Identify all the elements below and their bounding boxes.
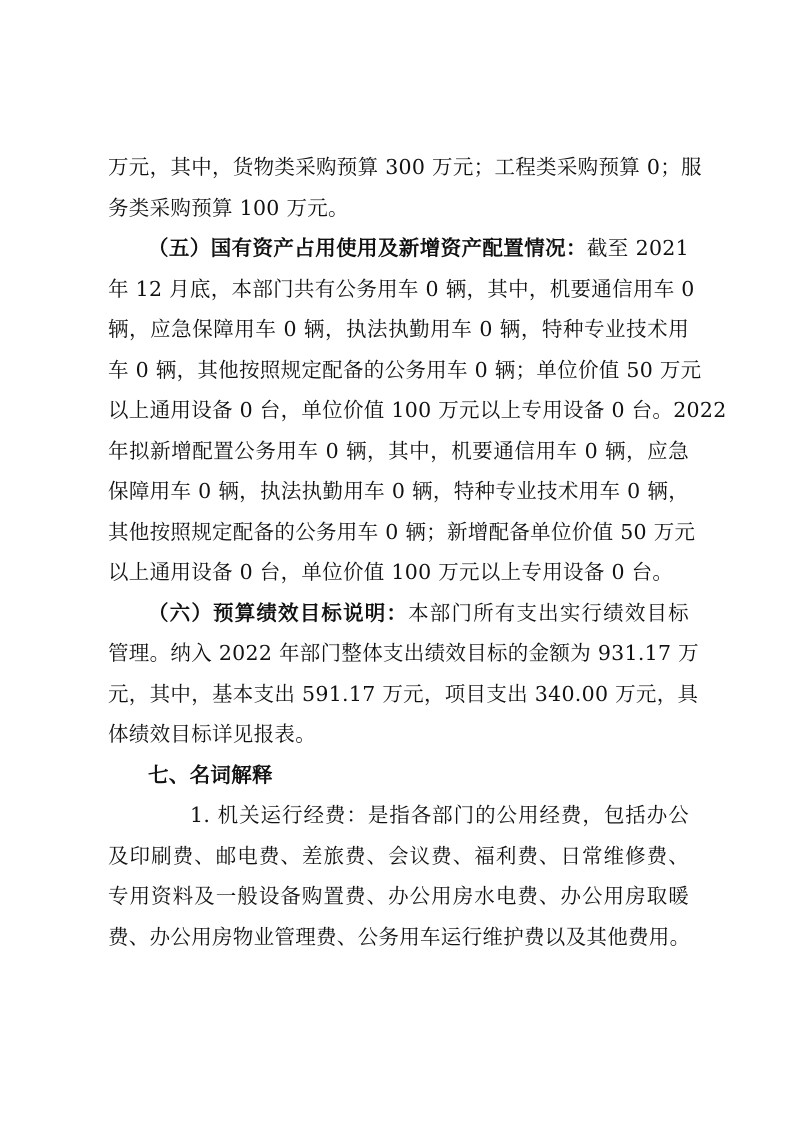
section-6-text: 本部门所有支出实行绩效目标 <box>408 601 689 625</box>
paragraph-line: 专用资料及一般设备购置费、办公用房水电费、办公用房取暖 <box>108 876 689 917</box>
paragraph-line: 保障用车 0 辆，执法执勤用车 0 辆，特种专业技术用车 0 辆， <box>108 471 689 512</box>
paragraph-line: 务类采购预算 100 万元。 <box>108 188 689 229</box>
paragraph-line: 管理。纳入 2022 年部门整体支出绩效目标的金额为 931.17 万 <box>108 633 689 674</box>
paragraph-line: 年 12 月底，本部门共有公务用车 0 辆，其中，机要通信用车 0 <box>108 269 689 310</box>
section-6-first-line: （六）预算绩效目标说明：本部门所有支出实行绩效目标 <box>108 593 689 634</box>
paragraph-line: 以上通用设备 0 台，单位价值 100 万元以上专用设备 0 台。 <box>108 552 689 593</box>
paragraph-line: 体绩效目标详见报表。 <box>108 714 689 755</box>
paragraph-line: 其他按照规定配备的公务用车 0 辆；新增配备单位价值 50 万元 <box>108 512 689 553</box>
section-5-title: （五）国有资产占用使用及新增资产配置情况： <box>148 236 587 260</box>
paragraph-line: 辆，应急保障用车 0 辆，执法执勤用车 0 辆，特种专业技术用 <box>108 309 689 350</box>
section-6-title: （六）预算绩效目标说明： <box>148 601 408 625</box>
section-7-heading: 七、名词解释 <box>108 755 689 796</box>
item-1-first-line: 1. 机关运行经费：是指各部门的公用经费，包括办公 <box>108 795 689 836</box>
paragraph-line: 以上通用设备 0 台，单位价值 100 万元以上专用设备 0 台。2022 <box>108 390 689 431</box>
paragraph-line: 万元，其中，货物类采购预算 300 万元；工程类采购预算 0；服 <box>108 147 689 188</box>
document-page: 万元，其中，货物类采购预算 300 万元；工程类采购预算 0；服 务类采购预算 … <box>108 147 689 957</box>
paragraph-line: 元，其中，基本支出 591.17 万元，项目支出 340.00 万元，具 <box>108 674 689 715</box>
paragraph-line: 车 0 辆，其他按照规定配备的公务用车 0 辆；单位价值 50 万元 <box>108 350 689 391</box>
section-5-first-line: （五）国有资产占用使用及新增资产配置情况：截至 2021 <box>108 228 689 269</box>
section-5-text: 截至 2021 <box>587 236 689 260</box>
paragraph-line: 年拟新增配置公务用车 0 辆，其中，机要通信用车 0 辆，应急 <box>108 431 689 472</box>
paragraph-line: 及印刷费、邮电费、差旅费、会议费、福利费、日常维修费、 <box>108 836 689 877</box>
paragraph-line: 费、办公用房物业管理费、公务用车运行维护费以及其他费用。 <box>108 917 689 958</box>
